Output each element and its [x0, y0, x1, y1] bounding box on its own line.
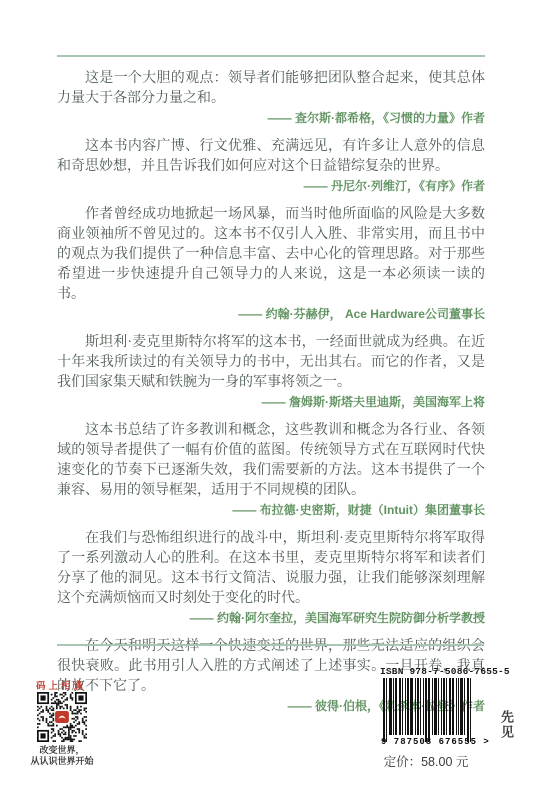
endorsement-attribution: —— 约翰·芬赫伊， Ace Hardware公司董事长	[57, 307, 485, 321]
endorsement-attribution: —— 丹尼尔·列维汀，《有序》作者	[57, 179, 485, 193]
qr-code	[37, 692, 87, 742]
endorsement-quote: 作者曾经成功地掀起一场风暴，而当时他所面临的风险是大多数商业领袖所不曾见过的。这…	[57, 205, 485, 305]
endorsement-quote: 在我们与恐怖组织进行的战斗中，斯坦利·麦克里斯特尔将军取得了一系列激动人心的胜利…	[57, 529, 485, 609]
endorsement-5: 这本书总结了许多教训和概念，这些教训和概念为各行业、各领域的领导者提供了一幅有价…	[57, 421, 485, 517]
qr-caption-line1: 改变世界，	[14, 745, 110, 756]
endorsement-3: 作者曾经成功地掀起一场风暴，而当时他所面临的风险是大多数商业领袖所不曾见过的。这…	[57, 205, 485, 321]
book-back-cover: 这是一个大胆的观点：领导者们能够把团队整合起来，使其总体力量大于各部分力量之和。…	[0, 0, 539, 800]
endorsement-attribution: —— 查尔斯·都希格，《习惯的力量》作者	[57, 111, 485, 125]
endorsement-quote: 这本书总结了许多教训和概念，这些教训和概念为各行业、各领域的领导者提供了一幅有价…	[57, 421, 485, 501]
endorsement-attribution: —— 布拉德·史密斯，财捷（Intuit）集团董事长	[57, 503, 485, 517]
endorsement-quote: 这本书内容广博、行文优雅、充满远见，有许多让人意外的信息和奇思妙想，并且告诉我们…	[57, 137, 485, 177]
endorsement-4: 斯坦利·麦克里斯特尔将军的这本书，一经面世就成为经典。在近十年来我所读过的有关领…	[57, 333, 485, 409]
price-label: 定价：58.00 元	[370, 752, 482, 770]
endorsements-column: 这是一个大胆的观点：领导者们能够把团队整合起来，使其总体力量大于各部分力量之和。…	[57, 55, 485, 713]
endorsement-1: 这是一个大胆的观点：领导者们能够把团队整合起来，使其总体力量大于各部分力量之和。…	[57, 69, 485, 125]
endorsement-quote: 这是一个大胆的观点：领导者们能够把团队整合起来，使其总体力量大于各部分力量之和。	[57, 69, 485, 109]
barcode-digits: 9 787508 676555 >	[381, 737, 481, 747]
endorsement-6: 在我们与恐怖组织进行的战斗中，斯坦利·麦克里斯特尔将军取得了一系列激动人心的胜利…	[57, 529, 485, 625]
qr-caption: 改变世界， 从认识世界开始	[14, 745, 110, 766]
endorsement-quote: 斯坦利·麦克里斯特尔将军的这本书，一经面世就成为经典。在近十年来我所读过的有关领…	[57, 333, 485, 393]
bottom-separator-line	[57, 644, 484, 646]
qr-code-icon	[37, 692, 87, 742]
isbn-barcode	[383, 678, 479, 742]
endorsement-attribution: —— 詹姆斯·斯塔夫里迪斯，美国海军上将	[57, 395, 485, 409]
qr-caption-line2: 从认识世界开始	[14, 756, 110, 767]
qr-slogan-text: 码上相逢	[36, 678, 96, 692]
barcode-icon	[383, 678, 479, 742]
endorsement-attribution: —— 约翰·阿尔奎拉，美国海军研究生院防御分析学教授	[57, 611, 485, 625]
isbn-number: ISBN 978-7-5086-7655-5	[380, 666, 488, 677]
series-title-vertical: 先见	[497, 710, 516, 740]
endorsement-2: 这本书内容广博、行文优雅、充满远见，有许多让人意外的信息和奇思妙想，并且告诉我们…	[57, 137, 485, 193]
top-separator-line	[57, 55, 485, 57]
